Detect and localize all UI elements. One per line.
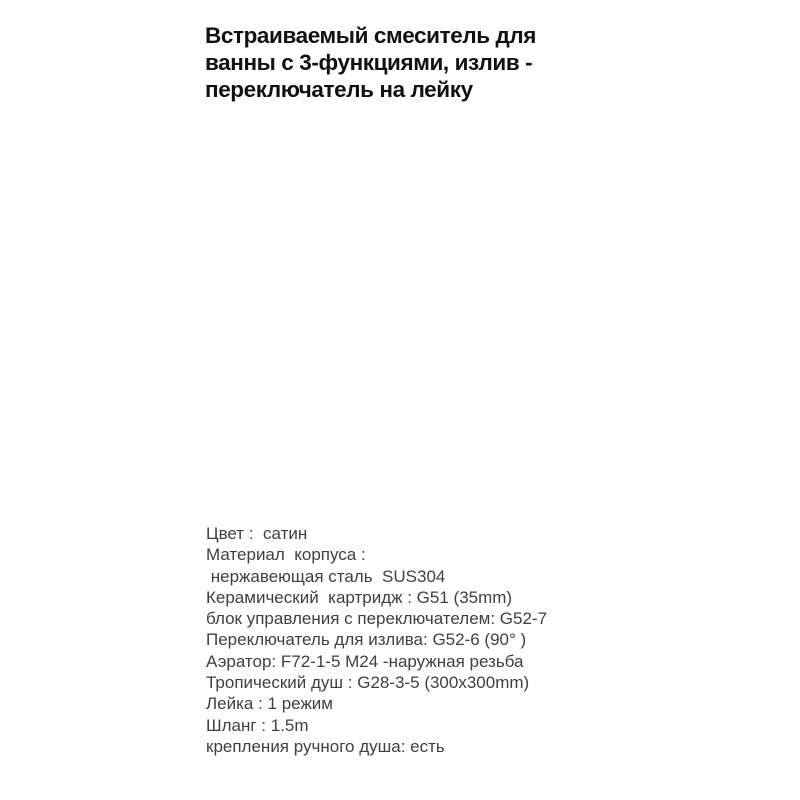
spec-spout-switch: Переключатель для излива: G52-6 (90° ) <box>206 629 626 650</box>
spec-hose: Шланг : 1.5m <box>206 715 626 736</box>
spec-color: Цвет : сатин <box>206 523 626 544</box>
spec-ceramic-cartridge: Керамический картридж : G51 (35mm) <box>206 587 626 608</box>
product-title-line-3: переключатель на лейку <box>205 76 585 103</box>
spec-list: Цвет : сатин Материал корпуса : нержавею… <box>206 523 626 757</box>
spec-control-block: блок управления с переключателем: G52-7 <box>206 608 626 629</box>
product-title: Встраиваемый смеситель для ванны с 3-фун… <box>205 22 585 103</box>
spec-body-material-value: нержавеющая сталь SUS304 <box>206 566 626 587</box>
spec-rain-shower: Тропический душ : G28-3-5 (300x300mm) <box>206 672 626 693</box>
spec-aerator: Аэратор: F72-1-5 M24 -наружная резьба <box>206 651 626 672</box>
product-title-line-2: ванны с 3-функциями, излив - <box>205 49 585 76</box>
spec-hand-shower: Лейка : 1 режим <box>206 693 626 714</box>
product-title-line-1: Встраиваемый смеситель для <box>205 22 585 49</box>
spec-hand-shower-holder: крепления ручного душа: есть <box>206 736 626 757</box>
spec-body-material-label: Материал корпуса : <box>206 544 626 565</box>
